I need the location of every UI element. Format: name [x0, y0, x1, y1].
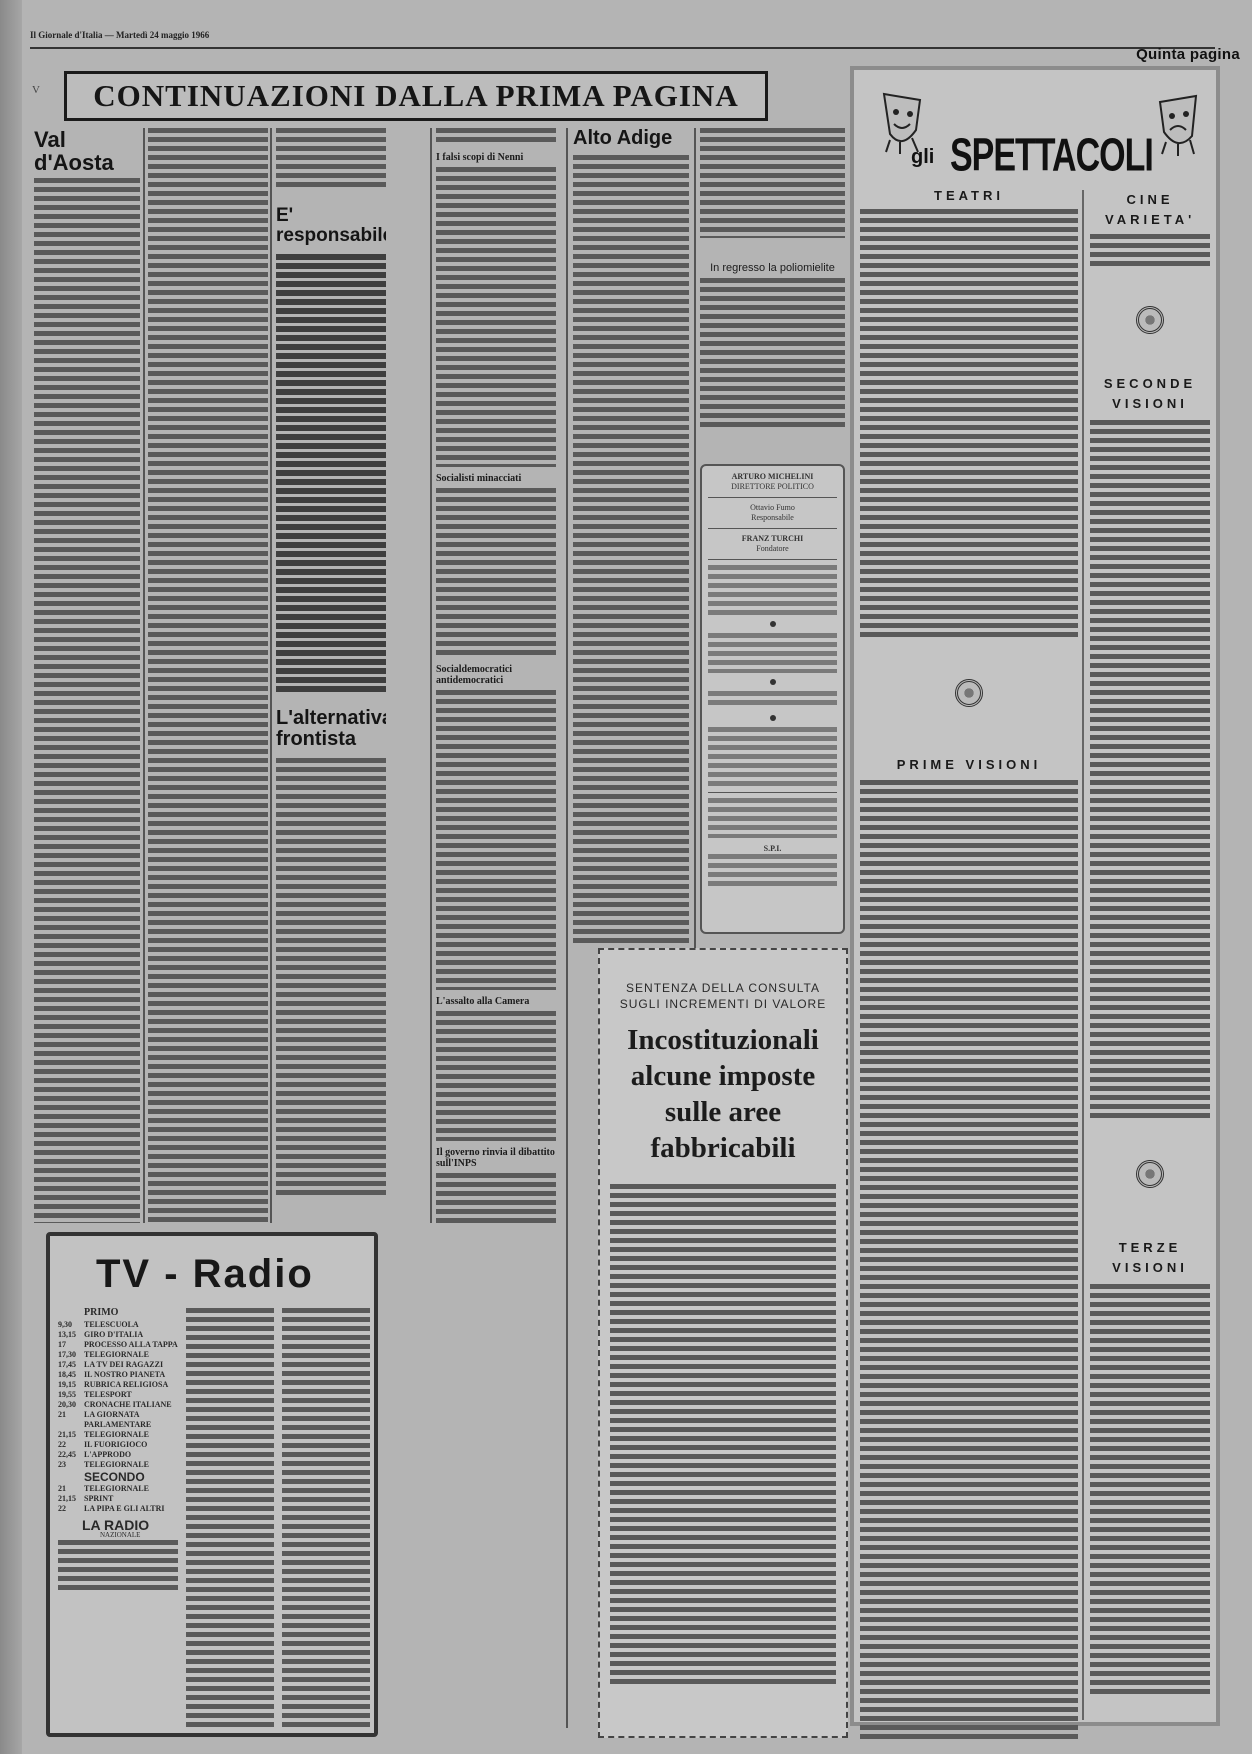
- spettacoli-title: SPETTACOLI: [950, 130, 1153, 183]
- column-continuation-4: . I falsi scopi di Nenni . Socialisti mi…: [436, 128, 556, 1223]
- subhead: Il governo rinvia il dibattito sull'INPS: [436, 1147, 556, 1169]
- article-body-text: .: [276, 758, 386, 1198]
- schedule-time: 13,15: [58, 1330, 84, 1340]
- listing-cine-varieta: .: [1090, 234, 1210, 266]
- schedule-program: LA PIPA E GLI ALTRI: [84, 1504, 178, 1514]
- schedule-time: 19,15: [58, 1380, 84, 1390]
- schedule-time: 17: [58, 1340, 84, 1350]
- article-body-text: .: [436, 1173, 556, 1223]
- schedule-row: 17,30TELEGIORNALE: [58, 1350, 178, 1360]
- sentenza-headline: Incostituzionali alcune imposte sulle ar…: [610, 1022, 836, 1166]
- subhead: I falsi scopi di Nenni: [436, 152, 556, 163]
- column-val-daosta: Val d'Aosta .: [34, 128, 140, 1223]
- schedule-program: TELEGIORNALE: [84, 1484, 178, 1494]
- radio-title: LA RADIO: [58, 1520, 178, 1530]
- schedule-time: 19,55: [58, 1390, 84, 1400]
- schedule-row: 21,15SPRINT: [58, 1494, 178, 1504]
- article-body-text: .: [436, 128, 556, 146]
- column-alto-adige: Alto Adige .: [573, 128, 689, 948]
- schedule-time: 21,15: [58, 1494, 84, 1504]
- director-name: ARTURO MICHELINI: [708, 472, 837, 482]
- spettacoli-box: gli SPETTACOLI TEATRI . PRIME VISIONI . …: [850, 66, 1220, 1726]
- channel-primo-label: PRIMO: [58, 1308, 178, 1318]
- headline-alto-adige: Alto Adige: [573, 128, 689, 149]
- schedule-row: 19,55TELESPORT: [58, 1390, 178, 1400]
- schedule-time: 20,30: [58, 1400, 84, 1410]
- responsible-name: Ottavio Fumo: [708, 503, 837, 513]
- section-ornament-icon: [955, 679, 983, 707]
- schedule-program: TELEGIORNALE: [84, 1430, 178, 1440]
- column-rule: [143, 128, 145, 1223]
- page-section-label: Quinta pagina: [1136, 46, 1240, 63]
- listing-teatri: .: [860, 209, 1078, 639]
- schedule-program: IL FUORIGIOCO: [84, 1440, 178, 1450]
- listing-terze-visioni: .: [1090, 1284, 1210, 1694]
- schedule-program: TELEGIORNALE: [84, 1350, 178, 1360]
- column-continuation-6: . In regresso la poliomielite .: [700, 128, 845, 458]
- sentenza-article-box: SENTENZA DELLA CONSULTA SUGLI INCREMENTI…: [598, 948, 848, 1738]
- schedule-row: 22IL FUORIGIOCO: [58, 1440, 178, 1450]
- section-teatri: TEATRI: [860, 188, 1078, 203]
- schedule-time: 22: [58, 1504, 84, 1514]
- schedule-program: TELESPORT: [84, 1390, 178, 1400]
- schedule-program: LA TV DEI RAGAZZI: [84, 1360, 178, 1370]
- page-marker: V: [32, 84, 40, 96]
- schedule-program: L'APPRODO: [84, 1450, 178, 1460]
- tv-listing-text: .: [282, 1308, 370, 1728]
- tv-radio-box: TV - Radio PRIMO 9,30TELESCUOLA13,15GIRO…: [46, 1232, 378, 1737]
- schedule-row: 22,45L'APPRODO: [58, 1450, 178, 1460]
- article-body-text: .: [610, 1184, 836, 1684]
- responsible-role: Responsabile: [708, 513, 837, 523]
- article-body-text: .: [700, 128, 845, 238]
- schedule-row: 17,45LA TV DEI RAGAZZI: [58, 1360, 178, 1370]
- channel-secondo-label: SECONDO: [58, 1472, 178, 1482]
- section-seconde-visioni: SECONDE VISIONI: [1100, 374, 1200, 414]
- box-fine-print: .: [708, 691, 837, 709]
- column-rule: [694, 128, 696, 948]
- column-e-responsabile: . E' responsabile . L'alternativa fronti…: [276, 128, 386, 1223]
- section-terze-visioni: TERZE VISIONI: [1105, 1238, 1195, 1278]
- founder-role: Fondatore: [708, 544, 837, 554]
- bullet-ornament: [770, 715, 776, 721]
- schedule-row: 17PROCESSO ALLA TAPPA: [58, 1340, 178, 1350]
- schedule-row: 20,30CRONACHE ITALIANE: [58, 1400, 178, 1410]
- box-fine-print: .: [708, 798, 837, 838]
- schedule-program: IL NOSTRO PIANETA: [84, 1370, 178, 1380]
- tv-schedule: PRIMO 9,30TELESCUOLA13,15GIRO D'ITALIA17…: [58, 1308, 178, 1594]
- headline-val-daosta: Val d'Aosta: [34, 128, 140, 174]
- schedule-time: 17,45: [58, 1360, 84, 1370]
- article-body-text: .: [573, 155, 689, 945]
- article-body-text: .: [276, 128, 386, 188]
- schedule-row: 23TELEGIORNALE: [58, 1460, 178, 1470]
- schedule-program: LA GIORNATA PARLAMENTARE: [84, 1410, 178, 1430]
- schedule-row: 21TELEGIORNALE: [58, 1484, 178, 1494]
- schedule-row: 9,30TELESCUOLA: [58, 1320, 178, 1330]
- subhead: In regresso la poliomielite: [700, 262, 845, 274]
- section-ornament-icon: [1136, 1160, 1164, 1188]
- schedule-time: 18,45: [58, 1370, 84, 1380]
- headline-alternativa: L'alternativa frontista: [276, 708, 376, 750]
- section-prime-visioni: PRIME VISIONI: [860, 757, 1078, 772]
- subhead: Socialisti minacciati: [436, 473, 556, 484]
- column-continuation-2: .: [148, 128, 268, 1223]
- schedule-program: GIRO D'ITALIA: [84, 1330, 178, 1340]
- article-body-text: .: [34, 178, 140, 1223]
- continuation-banner: CONTINUAZIONI DALLA PRIMA PAGINA: [64, 71, 768, 121]
- column-rule: [566, 128, 568, 1728]
- box-fine-print: .: [708, 854, 837, 890]
- bullet-ornament: [770, 679, 776, 685]
- page-edge-shadow: [0, 0, 22, 1754]
- schedule-time: 22: [58, 1440, 84, 1450]
- masthead-rule: [30, 47, 1215, 49]
- listing-seconde-visioni: .: [1090, 420, 1210, 1120]
- schedule-program: TELEGIORNALE: [84, 1460, 178, 1470]
- schedule-time: 17,30: [58, 1350, 84, 1360]
- schedule-time: 21: [58, 1484, 84, 1494]
- schedule-row: 13,15GIRO D'ITALIA: [58, 1330, 178, 1340]
- schedule-row: 18,45IL NOSTRO PIANETA: [58, 1370, 178, 1380]
- schedule-time: 22,45: [58, 1450, 84, 1460]
- schedule-time: 21,15: [58, 1430, 84, 1440]
- article-body-text: .: [436, 1011, 556, 1141]
- headline-e-responsabile: E' responsabile: [276, 206, 386, 246]
- masthead-dateline: Il Giornale d'Italia — Martedì 24 maggio…: [30, 30, 209, 40]
- article-lead-text: .: [276, 254, 386, 694]
- spettacoli-prefix: gli: [911, 146, 934, 169]
- section-cine-varieta: CINE VARIETA': [1105, 190, 1195, 230]
- director-role: DIRETTORE POLITICO: [708, 482, 837, 492]
- radio-listing-text: .: [58, 1540, 178, 1594]
- article-body-text: .: [436, 690, 556, 990]
- schedule-row: 19,15RUBRICA RELIGIOSA: [58, 1380, 178, 1390]
- schedule-program: RUBRICA RELIGIOSA: [84, 1380, 178, 1390]
- box-fine-print: .: [708, 727, 837, 787]
- schedule-program: TELESCUOLA: [84, 1320, 178, 1330]
- spettacoli-right-column: CINE VARIETA' . SECONDE VISIONI . TERZE …: [1090, 190, 1210, 1694]
- schedule-program: SPRINT: [84, 1494, 178, 1504]
- subhead: L'assalto alla Camera: [436, 996, 556, 1007]
- schedule-time: 23: [58, 1460, 84, 1470]
- tv-listing-text: .: [186, 1308, 274, 1728]
- article-body-text: .: [700, 278, 845, 428]
- schedule-row: 22LA PIPA E GLI ALTRI: [58, 1504, 178, 1514]
- founder-name: FRANZ TURCHI: [708, 534, 837, 544]
- subhead: Socialdemocratici antidemocratici: [436, 664, 556, 686]
- schedule-program: PROCESSO ALLA TAPPA: [84, 1340, 178, 1350]
- schedule-time: 9,30: [58, 1320, 84, 1330]
- publisher-label: S.P.I.: [708, 844, 837, 854]
- article-body-text: .: [436, 488, 556, 658]
- theatre-mask-icon: [880, 90, 926, 154]
- column-rule: [430, 128, 432, 1223]
- sentenza-kicker: SENTENZA DELLA CONSULTA SUGLI INCREMENTI…: [614, 980, 832, 1012]
- schedule-program: CRONACHE ITALIANE: [84, 1400, 178, 1410]
- radio-subtitle: NAZIONALE: [58, 1530, 178, 1540]
- column-rule: [270, 128, 272, 1223]
- schedule-row: 21,15TELEGIORNALE: [58, 1430, 178, 1440]
- column-rule: [1082, 190, 1084, 1720]
- box-fine-print: .: [708, 565, 837, 615]
- spettacoli-left-column: TEATRI . PRIME VISIONI .: [860, 188, 1078, 1740]
- editorial-staff-box: ARTURO MICHELINI DIRETTORE POLITICO Otta…: [700, 464, 845, 934]
- tv-radio-title: TV - Radio: [96, 1252, 314, 1297]
- bullet-ornament: [770, 621, 776, 627]
- article-body-text: .: [148, 128, 268, 1223]
- schedule-time: 21: [58, 1410, 84, 1430]
- schedule-row: 21LA GIORNATA PARLAMENTARE: [58, 1410, 178, 1430]
- banner-title: CONTINUAZIONI DALLA PRIMA PAGINA: [93, 78, 738, 114]
- article-body-text: .: [436, 167, 556, 467]
- box-fine-print: .: [708, 633, 837, 673]
- listing-prime-visioni: .: [860, 780, 1078, 1740]
- theatre-mask-icon: [1154, 92, 1200, 156]
- section-ornament-icon: [1136, 306, 1164, 334]
